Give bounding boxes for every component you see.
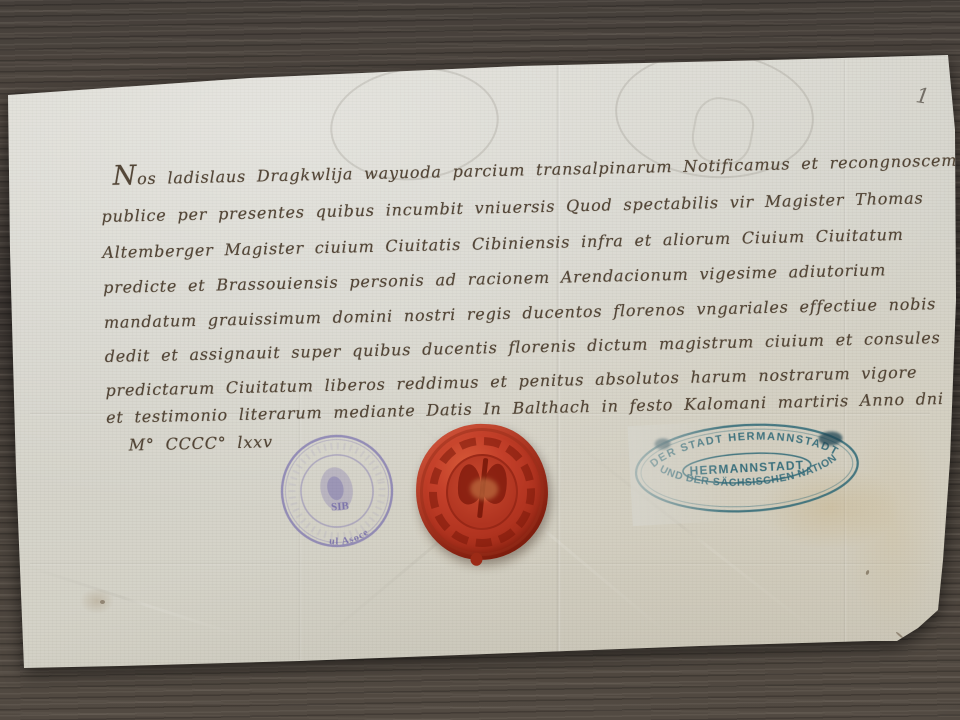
manuscript-line-1: Nos ladislaus Dragkwlija wayuoda parcium… bbox=[112, 150, 960, 189]
manuscript-line-2: publice per presentes quibus incumbit vn… bbox=[101, 188, 923, 226]
manuscript-line-4: predicte et Brassouiensis personis ad ra… bbox=[103, 260, 886, 297]
violet-stamp-bottom-arc-text: ul Asoce bbox=[326, 526, 373, 551]
blue-oval-stamp: DER STADT HERMANNSTADT UND DER SÄCHSISCH… bbox=[628, 414, 868, 526]
fold-crease-diagonal-corner bbox=[25, 565, 245, 639]
svg-text:ul Asoce: ul Asoce bbox=[326, 526, 373, 551]
folio-number: 1 bbox=[914, 83, 931, 109]
stain-bottom-left bbox=[80, 588, 114, 614]
ink-speck-2 bbox=[865, 570, 870, 576]
manuscript-paper: 1 Nos ladislaus Dragkwlija wayuoda parci… bbox=[0, 0, 960, 720]
tear-mark-bottom-right bbox=[895, 631, 903, 638]
violet-round-stamp: ul Asoce SIB bbox=[260, 414, 414, 568]
manuscript-line-5: mandatum grauissimum domini nostri regis… bbox=[104, 294, 937, 332]
manuscript-date-line: M° CCCC° lxxv bbox=[129, 432, 274, 454]
ink-speck-1 bbox=[100, 600, 105, 604]
wax-seal-drip bbox=[470, 552, 483, 566]
paper-shadow-wrap: 1 Nos ladislaus Dragkwlija wayuoda parci… bbox=[0, 0, 960, 720]
manuscript-line-3: Altemberger Magister ciuium Ciuitatis Ci… bbox=[102, 225, 904, 262]
manuscript-line-6: dedit et assignauit super quibus ducenti… bbox=[104, 328, 940, 366]
violet-stamp-inner-fragment: SIB bbox=[331, 500, 350, 513]
photo-of-medieval-charter: 1 Nos ladislaus Dragkwlija wayuoda parci… bbox=[0, 0, 960, 720]
